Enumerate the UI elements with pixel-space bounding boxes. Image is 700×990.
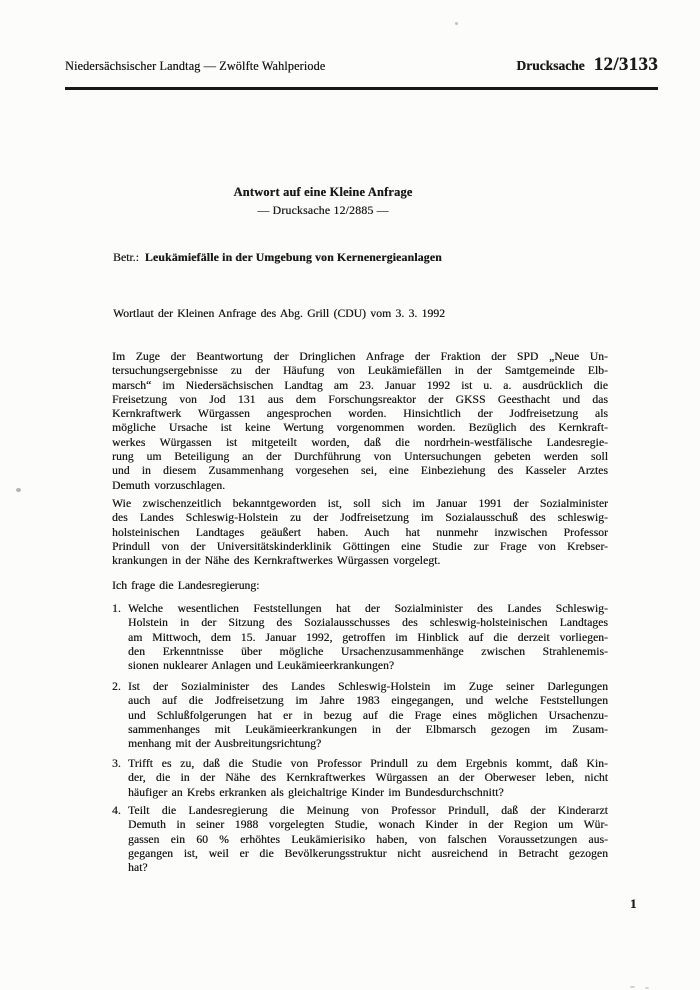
scan-artifact xyxy=(645,987,649,989)
subject-line: Betr.:Leukämiefälle in der Umgebung von … xyxy=(113,250,442,265)
text-line: Demuth vorzuschlagen. xyxy=(112,479,608,493)
scan-artifact xyxy=(16,488,21,492)
question-4-number: 4. xyxy=(112,804,121,818)
text-line: tersuchungsergebnisse zu der Häufung von… xyxy=(112,364,608,378)
document-number: 12/3133 xyxy=(594,54,658,76)
text-line: menhang mit der Ausbreitungsrichtung? xyxy=(128,737,608,751)
question-3: 3. Trifft es zu, daß die Studie von Prof… xyxy=(112,757,608,800)
text-line: Prindull von der Universitätskinderklini… xyxy=(112,540,608,554)
subject-label: Betr.: xyxy=(113,250,139,264)
text-line: werkes Würgassen ist mitgeteilt worden, … xyxy=(112,436,608,450)
text-line: des Landes Schleswig-Holstein zu der Jod… xyxy=(112,511,608,525)
text-line: der, die in der Nähe des Kernkraftwerkes… xyxy=(128,771,608,785)
text-line: Welche wesentlichen Feststellungen hat d… xyxy=(128,602,608,616)
text-line: Ist der Sozialminister des Landes Schles… xyxy=(128,680,608,694)
paragraph-2: Wie zwischenzeitlich bekanntgeworden ist… xyxy=(112,497,608,568)
text-line: mögliche Ursache ist keine Wertung vorge… xyxy=(112,421,608,435)
question-2-number: 2. xyxy=(112,680,121,694)
page-number: 1 xyxy=(630,896,637,912)
text-line: hat? xyxy=(128,861,608,875)
answer-title-reference: — Drucksache 12/2885 — xyxy=(113,203,533,218)
text-line: Freisetzung von Jod 131 aus dem Forschun… xyxy=(112,393,608,407)
text-line: auch auf die Jodfreisetzung im Jahre 198… xyxy=(128,694,608,708)
text-line: den Erkenntnisse über mögliche Ursachenz… xyxy=(128,645,608,659)
question-3-text: Trifft es zu, daß die Studie von Profess… xyxy=(128,757,608,800)
question-2-text: Ist der Sozialminister des Landes Schles… xyxy=(128,680,608,751)
text-line: sionen nuklearer Anlagen und Leukämieerk… xyxy=(128,659,608,673)
question-1-number: 1. xyxy=(112,602,121,616)
page-header: Niedersächsischer Landtag — Zwölfte Wahl… xyxy=(65,54,658,76)
question-4: 4. Teilt die Landesregierung die Meinung… xyxy=(112,804,608,875)
text-line: Holstein in der Sitzung des Sozialaussch… xyxy=(128,616,608,630)
question-3-number: 3. xyxy=(112,757,121,771)
scan-artifact xyxy=(630,986,635,988)
subject-text: Leukämiefälle in der Umgebung von Kernen… xyxy=(145,250,442,264)
document-reference: Drucksache 12/3133 xyxy=(516,54,658,76)
text-line: und in diesem Zusammenhang vorgesehen se… xyxy=(112,464,608,478)
text-line: rung um Beteiligung an der Durchführung … xyxy=(112,450,608,464)
text-line: marsch“ im Niedersächsischen Landtag am … xyxy=(112,379,608,393)
preface-line: Wortlaut der Kleinen Anfrage des Abg. Gr… xyxy=(113,307,445,320)
text-line: am Mittwoch, dem 15. Januar 1992, getrof… xyxy=(128,631,608,645)
text-line: holsteinischen Landtages geäußert haben.… xyxy=(112,526,608,540)
question-intro: Ich frage die Landesregierung: xyxy=(112,579,259,592)
text-line: gassen ein 60 % erhöhtes Leukämierisiko … xyxy=(128,833,608,847)
paragraph-1: Im Zuge der Beantwortung der Dringlichen… xyxy=(112,350,608,493)
text-line: Kernkraftwerk Würgassen angesprochen wor… xyxy=(112,407,608,421)
text-line: Trifft es zu, daß die Studie von Profess… xyxy=(128,757,608,771)
text-line: sammenhanges mit Leukämieerkrankungen in… xyxy=(128,723,608,737)
question-2: 2. Ist der Sozialminister des Landes Sch… xyxy=(112,680,608,751)
text-line: Demuth in seiner 1988 vorgelegten Studie… xyxy=(128,818,608,832)
answer-title-line1: Antwort auf eine Kleine Anfrage xyxy=(113,185,533,200)
text-line: krankungen in der Nähe des Kernkraftwerk… xyxy=(112,554,608,568)
answer-title: Antwort auf eine Kleine Anfrage — Drucks… xyxy=(113,185,533,218)
question-1-text: Welche wesentlichen Feststellungen hat d… xyxy=(128,602,608,673)
question-4-text: Teilt die Landesregierung die Meinung vo… xyxy=(128,804,608,875)
header-rule xyxy=(65,87,658,90)
document-label: Drucksache xyxy=(516,58,584,74)
document-page: Niedersächsischer Landtag — Zwölfte Wahl… xyxy=(0,0,700,990)
text-line: Im Zuge der Beantwortung der Dringlichen… xyxy=(112,350,608,364)
text-line: Wie zwischenzeitlich bekanntgeworden ist… xyxy=(112,497,608,511)
text-line: häufiger an Krebs erkranken als gleichal… xyxy=(128,786,608,800)
scan-artifact xyxy=(455,22,458,25)
question-1: 1. Welche wesentlichen Feststellungen ha… xyxy=(112,602,608,673)
text-line: und Schlußfolgerungen hat er in bezug au… xyxy=(128,709,608,723)
text-line: Teilt die Landesregierung die Meinung vo… xyxy=(128,804,608,818)
parliament-title: Niedersächsischer Landtag — Zwölfte Wahl… xyxy=(65,59,325,74)
text-line: gegangen ist, weil er die Bevölkerungsst… xyxy=(128,847,608,861)
